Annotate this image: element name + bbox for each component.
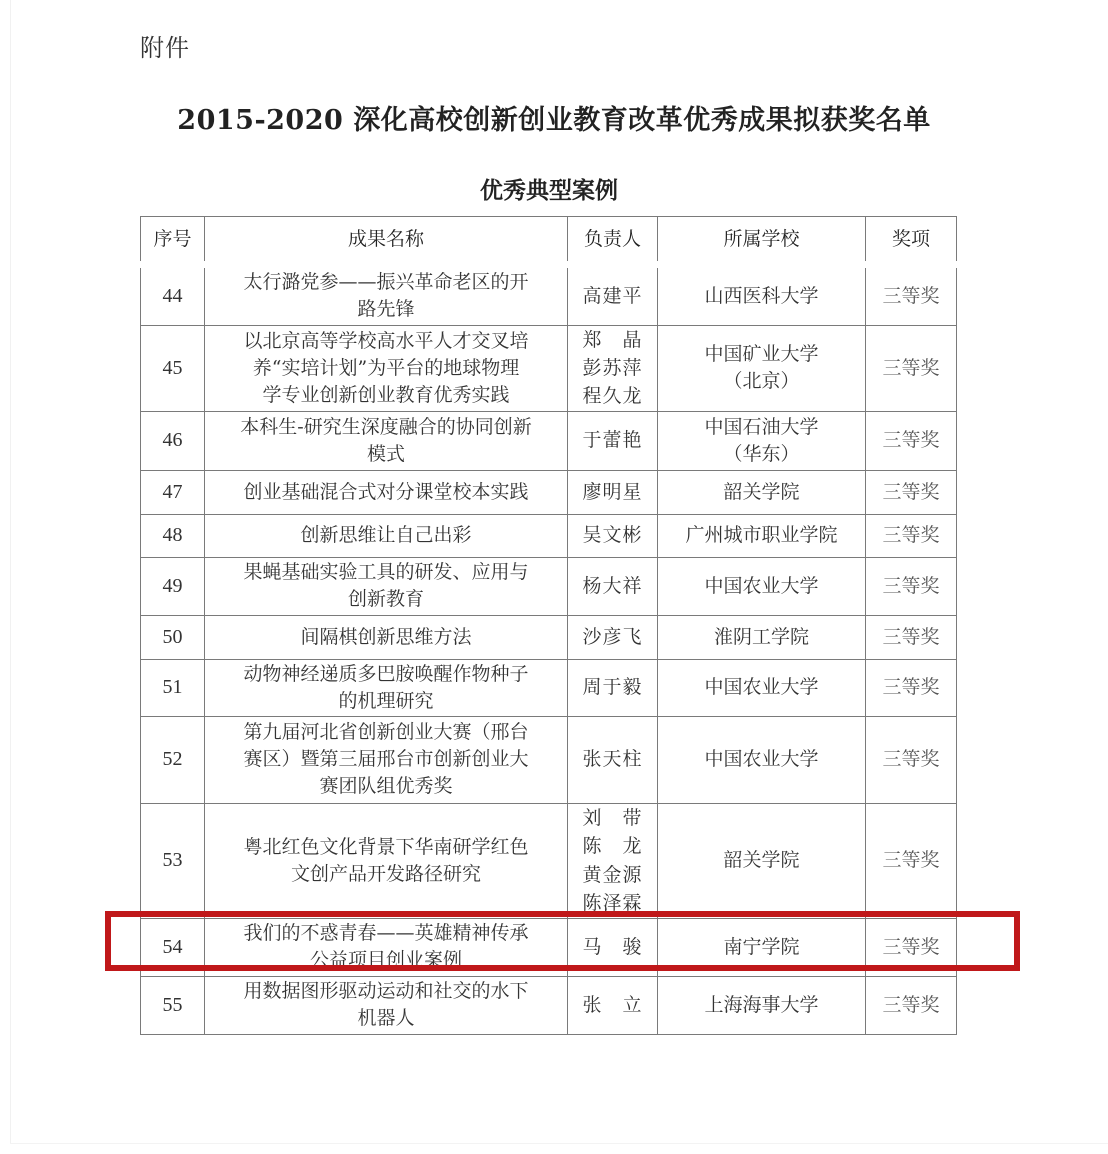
cell-number: 52 (141, 716, 205, 803)
table-row: 51动物神经递质多巴胺唤醒作物种子的机理研究周于毅中国农业大学三等奖 (141, 659, 957, 716)
cell-leader: 周于毅 (568, 659, 658, 716)
cell-achievement-name: 粤北红色文化背景下华南研学红色文创产品开发路径研究 (205, 803, 568, 918)
cell-school: 广州城市职业学院 (658, 514, 866, 557)
achievement-name-line: 第九届河北省创新创业大赛（邢台 (209, 719, 563, 746)
leader-name: 刘 带 (572, 804, 653, 832)
leader-name: 杨大祥 (572, 573, 653, 600)
leader-name: 张 立 (572, 992, 653, 1019)
table-row: 55用数据图形驱动运动和社交的水下机器人张 立上海海事大学三等奖 (141, 976, 957, 1034)
table-row: 45以北京高等学校高水平人才交叉培养“实培计划”为平台的地球物理学专业创新创业教… (141, 325, 957, 411)
achievement-name-line: 机器人 (209, 1005, 563, 1032)
cell-school: 山西医科大学 (658, 268, 866, 325)
achievement-name-line: 模式 (209, 441, 563, 468)
leader-name: 马 骏 (572, 934, 653, 961)
leader-name: 周于毅 (572, 674, 653, 701)
document-subtitle: 优秀典型案例 (0, 172, 1098, 205)
page-edge-bottom (10, 1143, 1108, 1144)
cell-school: 中国农业大学 (658, 716, 866, 803)
leader-name: 陈泽霖 (572, 889, 653, 917)
cell-leader: 张天柱 (568, 716, 658, 803)
cell-number: 47 (141, 470, 205, 514)
achievement-name-line: 本科生-研究生深度融合的协同创新 (209, 414, 563, 441)
cell-achievement-name: 太行潞党参——振兴革命老区的开路先锋 (205, 268, 568, 325)
achievement-name-line: 动物神经递质多巴胺唤醒作物种子 (209, 661, 563, 688)
achievement-name-line: 间隔棋创新思维方法 (209, 624, 563, 651)
table-row-highlighted: 54我们的不惑青春——英雄精神传承公益项目创业案例马 骏南宁学院三等奖 (141, 918, 957, 976)
cell-achievement-name: 创业基础混合式对分课堂校本实践 (205, 470, 568, 514)
cell-achievement-name: 第九届河北省创新创业大赛（邢台赛区）暨第三届邢台市创新创业大赛团队组优秀奖 (205, 716, 568, 803)
school-name-line: 上海海事大学 (662, 992, 861, 1019)
school-name-line: 韶关学院 (662, 847, 861, 874)
school-name-line: 中国农业大学 (662, 674, 861, 701)
leader-name: 陈 龙 (572, 832, 653, 860)
leader-name: 于蕾艳 (572, 427, 653, 454)
cell-number: 44 (141, 268, 205, 325)
attachment-label: 附件 (140, 28, 190, 63)
cell-achievement-name: 创新思维让自己出彩 (205, 514, 568, 557)
cell-number: 48 (141, 514, 205, 557)
achievement-name-line: 创新思维让自己出彩 (209, 522, 563, 549)
cell-school: 中国矿业大学（北京） (658, 325, 866, 411)
cell-award: 三等奖 (866, 514, 957, 557)
school-name-line: （华东） (662, 441, 861, 468)
header-award: 奖项 (866, 217, 957, 262)
cell-number: 46 (141, 411, 205, 470)
achievement-name-line: 路先锋 (209, 296, 563, 323)
leader-name: 廖明星 (572, 479, 653, 506)
leader-name: 高建平 (572, 283, 653, 310)
leader-name: 彭苏萍 (572, 354, 653, 382)
school-name-line: 中国石油大学 (662, 414, 861, 441)
achievement-name-line: 以北京高等学校高水平人才交叉培 (209, 328, 563, 355)
cell-school: 中国农业大学 (658, 659, 866, 716)
header-leader: 负责人 (568, 217, 658, 262)
cell-number: 49 (141, 557, 205, 615)
table-row: 49果蝇基础实验工具的研发、应用与创新教育杨大祥中国农业大学三等奖 (141, 557, 957, 615)
cell-achievement-name: 用数据图形驱动运动和社交的水下机器人 (205, 976, 568, 1034)
cell-leader: 马 骏 (568, 918, 658, 976)
cell-leader: 高建平 (568, 268, 658, 325)
achievement-name-line: 养“实培计划”为平台的地球物理 (209, 355, 563, 382)
cell-school: 中国石油大学（华东） (658, 411, 866, 470)
leader-name: 郑 晶 (572, 326, 653, 354)
leader-name: 吴文彬 (572, 522, 653, 549)
school-name-line: 韶关学院 (662, 479, 861, 506)
leader-name: 黄金源 (572, 861, 653, 889)
achievement-name-line: 文创产品开发路径研究 (209, 861, 563, 888)
school-name-line: 中国农业大学 (662, 746, 861, 773)
cell-number: 50 (141, 615, 205, 659)
document-title: 2015-2020 深化高校创新创业教育改革优秀成果拟获奖名单 (0, 98, 1108, 137)
achievement-name-line: 的机理研究 (209, 688, 563, 715)
cell-leader: 杨大祥 (568, 557, 658, 615)
cell-leader: 于蕾艳 (568, 411, 658, 470)
cell-award: 三等奖 (866, 803, 957, 918)
cell-number: 45 (141, 325, 205, 411)
table-row: 46本科生-研究生深度融合的协同创新模式于蕾艳中国石油大学（华东）三等奖 (141, 411, 957, 470)
achievement-name-line: 公益项目创业案例 (209, 947, 563, 974)
table-row: 53粤北红色文化背景下华南研学红色文创产品开发路径研究刘 带陈 龙黄金源陈泽霖韶… (141, 803, 957, 918)
school-name-line: 中国矿业大学 (662, 341, 861, 368)
leader-name: 沙彦飞 (572, 624, 653, 651)
school-name-line: 广州城市职业学院 (662, 522, 861, 549)
achievement-name-line: 粤北红色文化背景下华南研学红色 (209, 834, 563, 861)
table-row: 50间隔棋创新思维方法沙彦飞淮阴工学院三等奖 (141, 615, 957, 659)
cell-achievement-name: 果蝇基础实验工具的研发、应用与创新教育 (205, 557, 568, 615)
table-row: 48创新思维让自己出彩吴文彬广州城市职业学院三等奖 (141, 514, 957, 557)
table-row: 47创业基础混合式对分课堂校本实践廖明星韶关学院三等奖 (141, 470, 957, 514)
leader-name: 张天柱 (572, 746, 653, 773)
cell-award: 三等奖 (866, 615, 957, 659)
cell-award: 三等奖 (866, 918, 957, 976)
cell-school: 中国农业大学 (658, 557, 866, 615)
cell-award: 三等奖 (866, 716, 957, 803)
school-name-line: 中国农业大学 (662, 573, 861, 600)
cell-achievement-name: 本科生-研究生深度融合的协同创新模式 (205, 411, 568, 470)
cell-number: 53 (141, 803, 205, 918)
cell-number: 51 (141, 659, 205, 716)
cell-school: 韶关学院 (658, 470, 866, 514)
cell-leader: 刘 带陈 龙黄金源陈泽霖 (568, 803, 658, 918)
table-row: 52第九届河北省创新创业大赛（邢台赛区）暨第三届邢台市创新创业大赛团队组优秀奖张… (141, 716, 957, 803)
cell-leader: 沙彦飞 (568, 615, 658, 659)
achievement-name-line: 用数据图形驱动运动和社交的水下 (209, 978, 563, 1005)
achievement-name-line: 我们的不惑青春——英雄精神传承 (209, 920, 563, 947)
achievement-name-line: 赛区）暨第三届邢台市创新创业大 (209, 746, 563, 773)
cell-award: 三等奖 (866, 325, 957, 411)
school-name-line: 淮阴工学院 (662, 624, 861, 651)
leader-name: 程久龙 (572, 382, 653, 410)
achievement-name-line: 果蝇基础实验工具的研发、应用与 (209, 559, 563, 586)
achievement-name-line: 创新教育 (209, 586, 563, 613)
header-achievement-name: 成果名称 (205, 217, 568, 262)
header-row: 序号 成果名称 负责人 所属学校 奖项 (141, 217, 957, 262)
cell-award: 三等奖 (866, 268, 957, 325)
cell-leader: 张 立 (568, 976, 658, 1034)
cell-achievement-name: 以北京高等学校高水平人才交叉培养“实培计划”为平台的地球物理学专业创新创业教育优… (205, 325, 568, 411)
cell-number: 54 (141, 918, 205, 976)
cell-award: 三等奖 (866, 659, 957, 716)
achievement-name-line: 赛团队组优秀奖 (209, 773, 563, 800)
school-name-line: 南宁学院 (662, 934, 861, 961)
school-name-line: 山西医科大学 (662, 283, 861, 310)
achievement-name-line: 太行潞党参——振兴革命老区的开 (209, 269, 563, 296)
cell-leader: 廖明星 (568, 470, 658, 514)
school-name-line: （北京） (662, 368, 861, 395)
cell-award: 三等奖 (866, 557, 957, 615)
cell-leader: 吴文彬 (568, 514, 658, 557)
cell-school: 上海海事大学 (658, 976, 866, 1034)
cell-achievement-name: 间隔棋创新思维方法 (205, 615, 568, 659)
header-no: 序号 (141, 217, 205, 262)
cell-award: 三等奖 (866, 470, 957, 514)
cell-school: 南宁学院 (658, 918, 866, 976)
cell-award: 三等奖 (866, 976, 957, 1034)
cell-award: 三等奖 (866, 411, 957, 470)
achievement-name-line: 学专业创新创业教育优秀实践 (209, 382, 563, 409)
table-row: 44太行潞党参——振兴革命老区的开路先锋高建平山西医科大学三等奖 (141, 268, 957, 325)
cell-leader: 郑 晶彭苏萍程久龙 (568, 325, 658, 411)
cell-number: 55 (141, 976, 205, 1034)
awards-table-body: 44太行潞党参——振兴革命老区的开路先锋高建平山西医科大学三等奖45以北京高等学… (140, 268, 957, 1035)
cell-school: 韶关学院 (658, 803, 866, 918)
cell-achievement-name: 动物神经递质多巴胺唤醒作物种子的机理研究 (205, 659, 568, 716)
cell-achievement-name: 我们的不惑青春——英雄精神传承公益项目创业案例 (205, 918, 568, 976)
cell-school: 淮阴工学院 (658, 615, 866, 659)
header-school: 所属学校 (658, 217, 866, 262)
achievement-name-line: 创业基础混合式对分课堂校本实践 (209, 479, 563, 506)
awards-table-header: 序号 成果名称 负责人 所属学校 奖项 (140, 216, 957, 261)
